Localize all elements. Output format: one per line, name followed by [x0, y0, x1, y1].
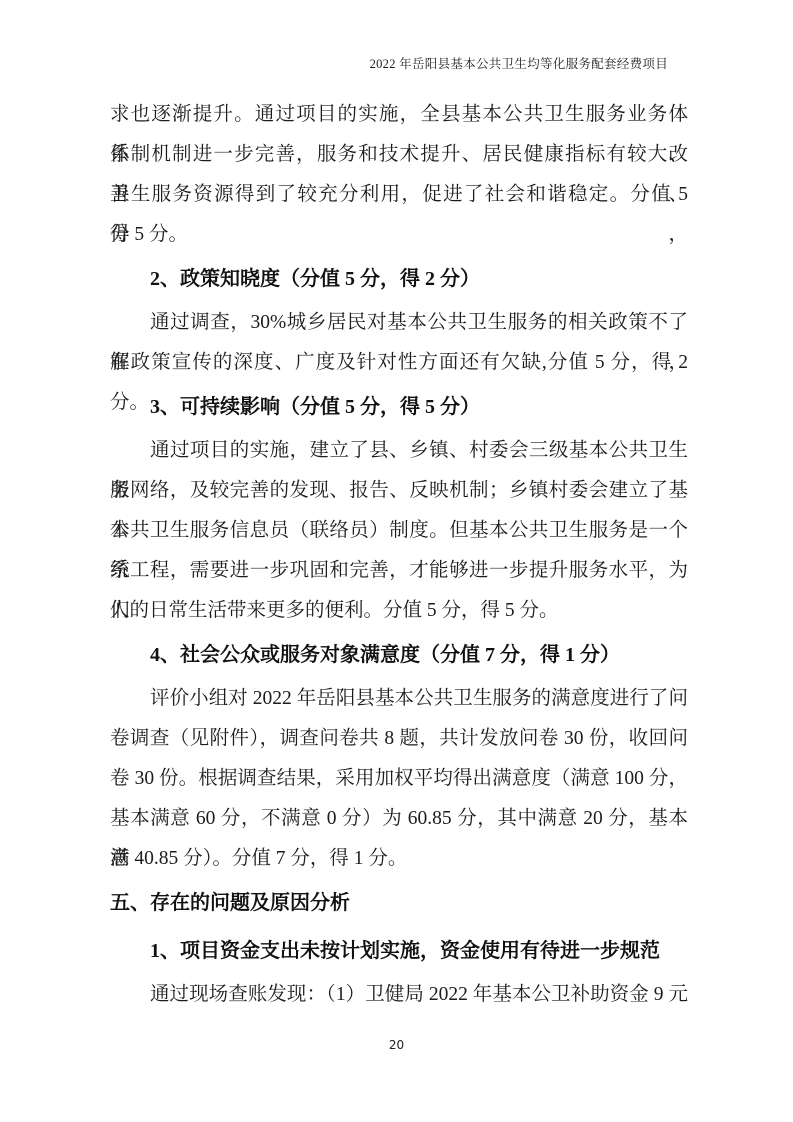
- running-header: 2022 年岳阳县基本公共卫生均等化服务配套经费项目: [110, 56, 668, 73]
- document-body: 求也逐渐提升。通过项目的实施，全县基本公共卫生服务业务体系、体制机制进一步完善，…: [110, 95, 688, 1015]
- paragraph: 通过项目的实施，建立了县、乡镇、村委会三级基本公共卫生服务网络，及较完善的发现、…: [110, 431, 688, 631]
- page-number: 20: [389, 1038, 404, 1052]
- text-line: 基本满意 60 分，不满意 0 分）为 60.85 分，其中满意 20 分，基本…: [110, 799, 688, 839]
- text-line: 体制机制进一步完善，服务和技术提升、居民健康指标有较大改善、: [110, 135, 688, 175]
- text-line: 通过调查，30%城乡居民对基本公共卫生服务的相关政策不了解，: [110, 303, 688, 343]
- text-line: 务网络，及较完善的发现、报告、反映机制；乡镇村委会建立了基本: [110, 471, 688, 511]
- subsection-heading: 2、政策知晓度（分值 5 分，得 2 分）: [110, 255, 688, 303]
- text-line: 在政策宣传的深度、广度及针对性方面还有欠缺,分值 5 分，得 2 分。: [110, 343, 688, 383]
- subsection-heading: 1、项目资金支出未按计划实施，资金使用有待进一步规范: [110, 927, 688, 975]
- section-heading: 五、存在的问题及原因分析: [110, 879, 688, 927]
- text-line: 评价小组对 2022 年岳阳县基本公共卫生服务的满意度进行了问: [110, 679, 688, 719]
- subsection-heading: 3、可持续影响（分值 5 分，得 5 分）: [110, 383, 688, 431]
- text-line: 卷调查（见附件），调查问卷共 8 题，共计发放问卷 30 份，收回问: [110, 719, 688, 759]
- paragraph: 通过现场查账发现：（1）卫健局 2022 年基本公卫补助资金 9 元: [110, 975, 688, 1015]
- text-line: 通过项目的实施，建立了县、乡镇、村委会三级基本公共卫生服: [110, 431, 688, 471]
- paragraph: 评价小组对 2022 年岳阳县基本公共卫生服务的满意度进行了问卷调查（见附件），…: [110, 679, 688, 879]
- document-page: 2022 年岳阳县基本公共卫生均等化服务配套经费项目 求也逐渐提升。通过项目的实…: [0, 0, 793, 1122]
- text-line: 意 40.85 分）。分值 7 分，得 1 分。: [110, 839, 688, 879]
- page-footer: 20: [0, 1038, 793, 1052]
- text-line: 公共卫生服务信息员（联络员）制度。但基本公共卫生服务是一个系: [110, 511, 688, 551]
- text-line: 求也逐渐提升。通过项目的实施，全县基本公共卫生服务业务体系、: [110, 95, 688, 135]
- text-line: 通过现场查账发现：（1）卫健局 2022 年基本公卫补助资金 9 元: [110, 975, 688, 1015]
- text-line: 卷 30 份。根据调查结果，采用加权平均得出满意度（满意 100 分，: [110, 759, 688, 799]
- text-line: 统工程，需要进一步巩固和完善，才能够进一步提升服务水平，为人: [110, 551, 688, 591]
- header-title: 2022 年岳阳县基本公共卫生均等化服务配套经费项目: [370, 57, 668, 71]
- paragraph: 求也逐渐提升。通过项目的实施，全县基本公共卫生服务业务体系、体制机制进一步完善，…: [110, 95, 688, 255]
- text-line: 卫生服务资源得到了较充分利用，促进了社会和谐稳定。分值 5 分，: [110, 175, 688, 215]
- paragraph: 通过调查，30%城乡居民对基本公共卫生服务的相关政策不了解，在政策宣传的深度、广…: [110, 303, 688, 383]
- text-line: 们的日常生活带来更多的便利。分值 5 分，得 5 分。: [110, 591, 688, 631]
- subsection-heading: 4、社会公众或服务对象满意度（分值 7 分，得 1 分）: [110, 631, 688, 679]
